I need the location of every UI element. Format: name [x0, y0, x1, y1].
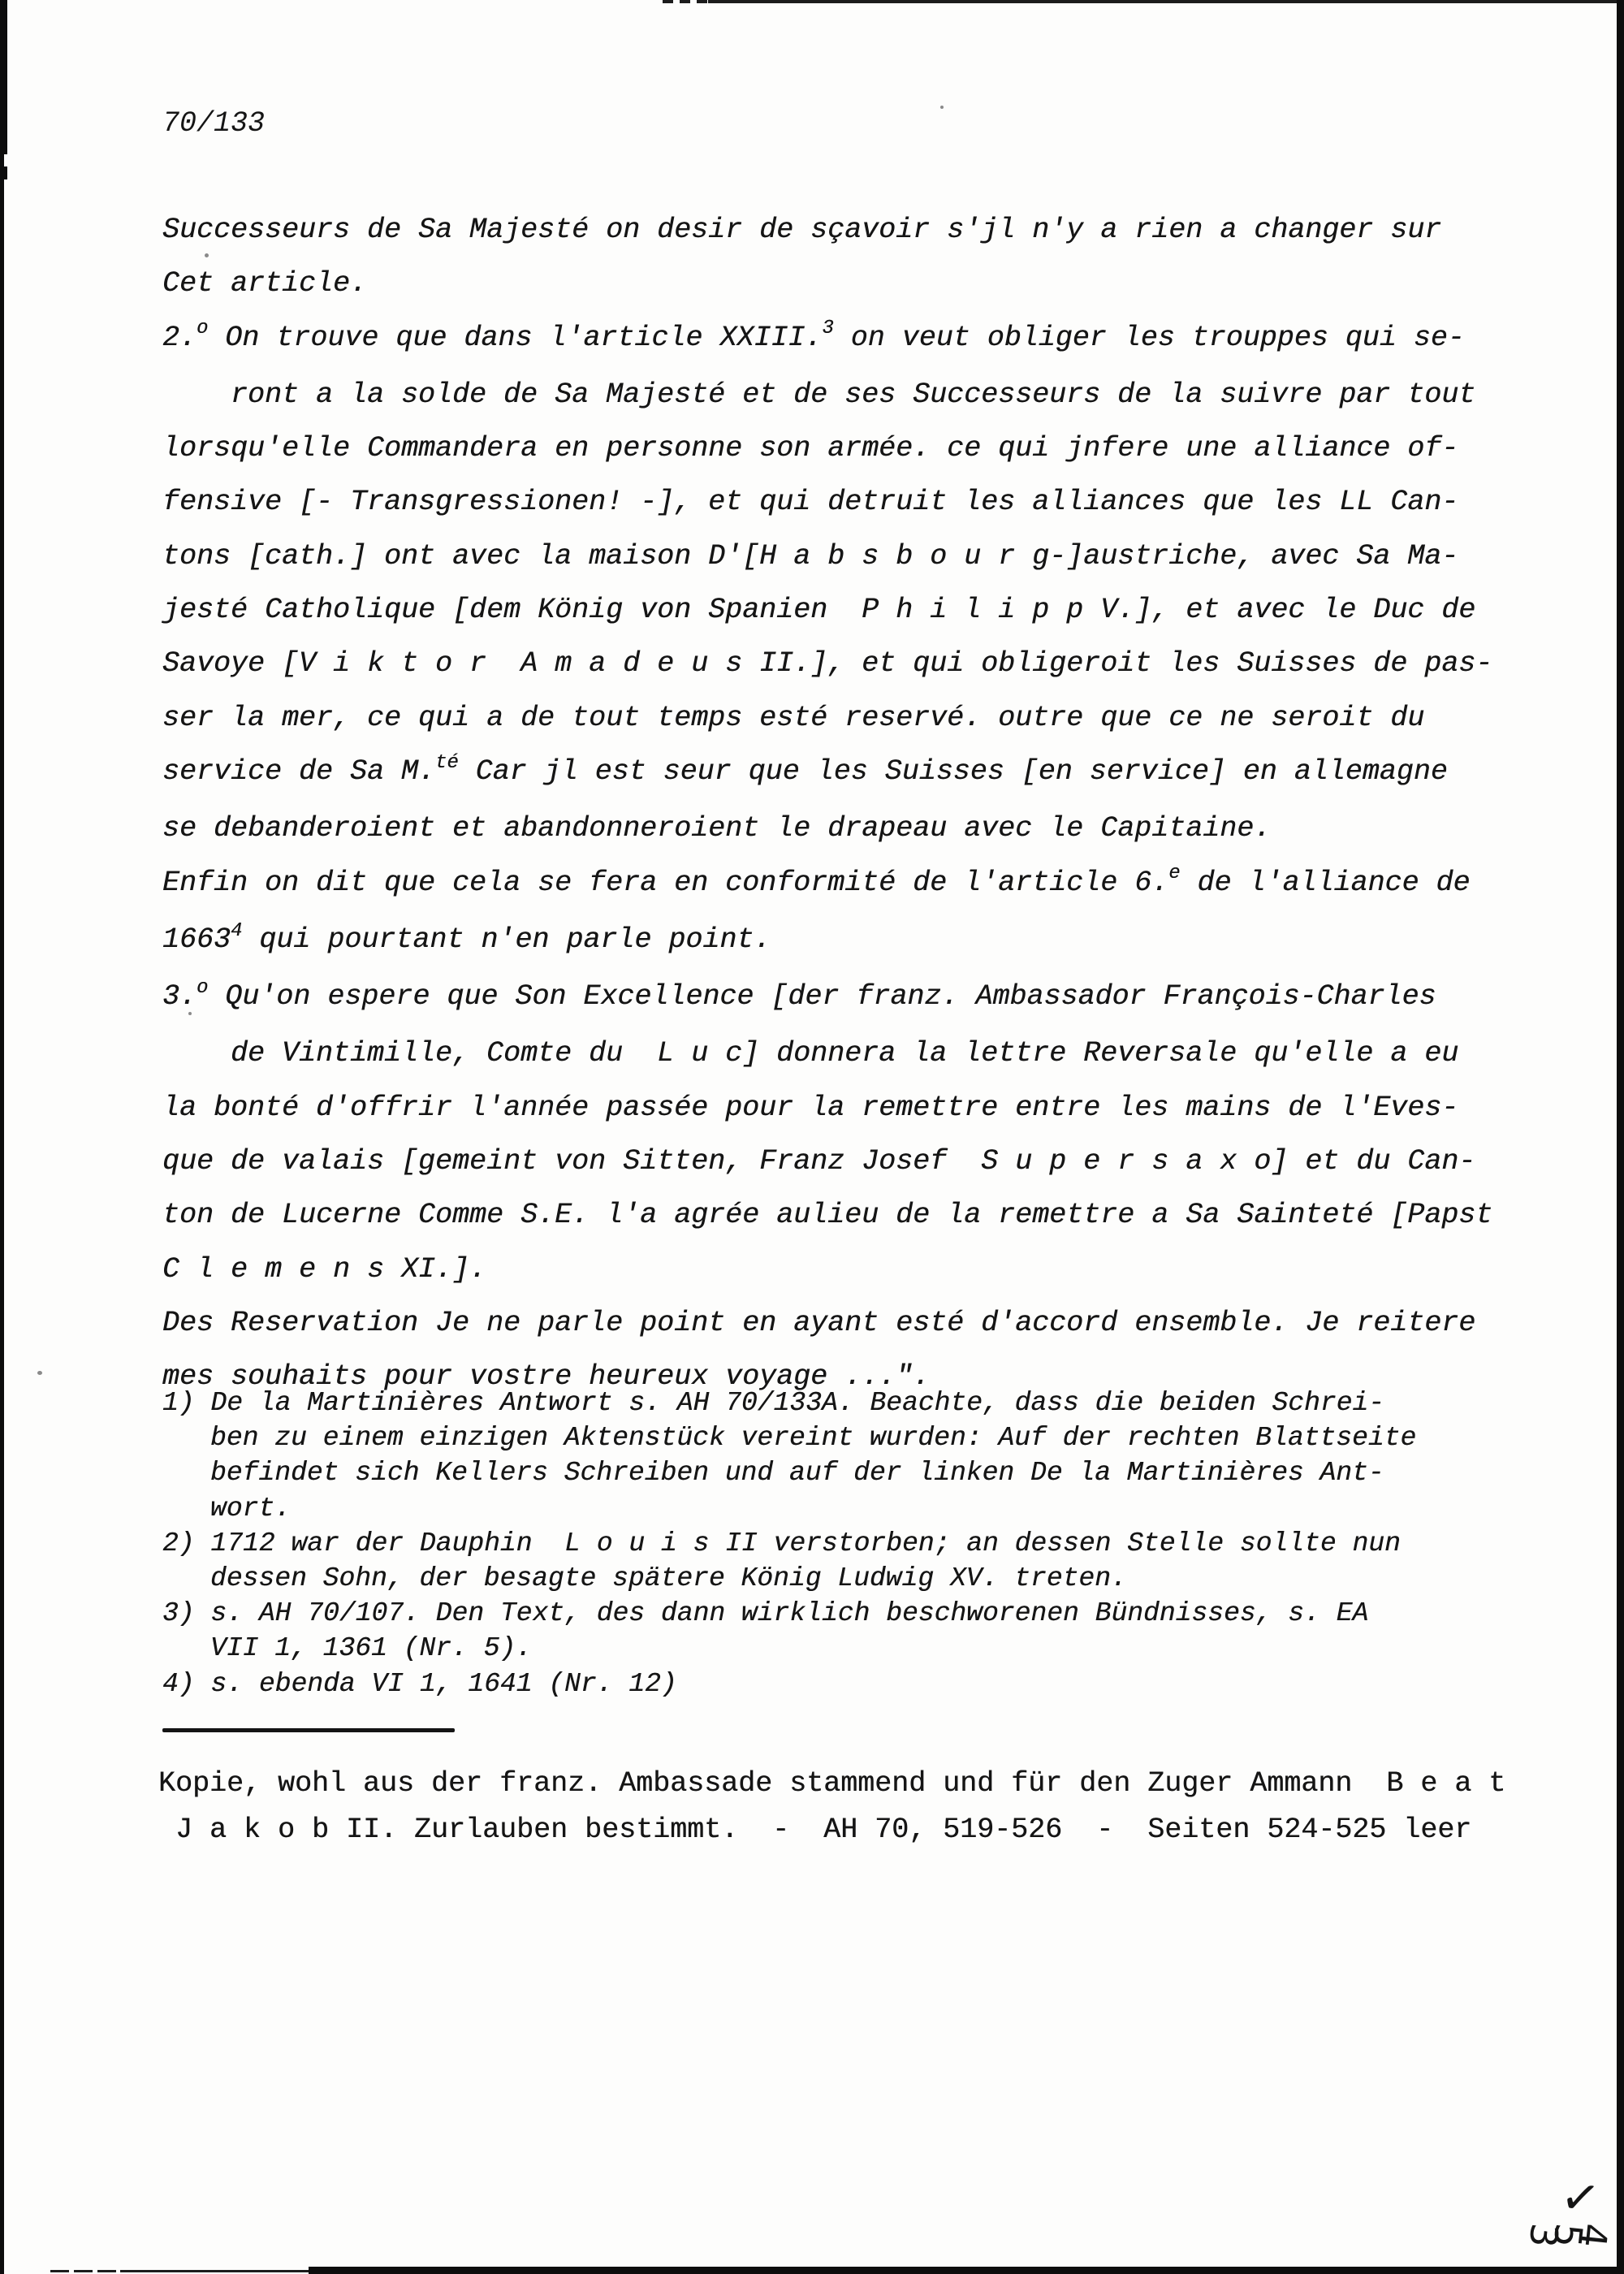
footnote-line: 3) s. AH 70/107. Den Text, des dann wirk… — [162, 1596, 1416, 1631]
text-segment: service de Sa M. — [162, 755, 435, 788]
scan-speck — [940, 106, 944, 109]
body-line: 2.o On trouve que dans l'article XXIII.3… — [162, 311, 1492, 368]
footnotes: 1) De la Martinières Antwort s. AH 70/13… — [162, 1386, 1416, 1701]
text-segment: ton de Lucerne Comme S.E. l'a agrée auli… — [162, 1199, 1492, 1231]
body-line: ton de Lucerne Comme S.E. l'a agrée auli… — [162, 1188, 1492, 1242]
text-segment: la bonté d'offrir l'année passée pour la… — [162, 1092, 1458, 1124]
footnote-label: 1) — [162, 1388, 195, 1418]
body-line: Cet article. — [162, 257, 1492, 310]
body-line: de Vintimille, Comte du L u c] donnera l… — [162, 1027, 1492, 1080]
body-line: Successeurs de Sa Majesté on desir de sç… — [162, 203, 1492, 257]
body-line: que de valais [gemeint von Sitten, Franz… — [162, 1135, 1492, 1188]
scan-edge-left — [0, 0, 4, 2274]
footnote-divider-rule — [162, 1728, 455, 1732]
body-line: Des Reservation Je ne parle point en aya… — [162, 1296, 1492, 1350]
text-segment: 3. — [162, 980, 197, 1013]
text-segment: Enfin on dit que cela se fera en conform… — [162, 867, 1168, 899]
body-line: service de Sa M.té Car jl est seur que l… — [162, 745, 1492, 802]
handwritten-digit: 4 — [1570, 2221, 1616, 2250]
text-segment: on veut obliger les trouppes qui se- — [834, 322, 1465, 354]
text-segment: se debanderoient et abandonneroient le d… — [162, 812, 1271, 845]
text-segment: 1663 — [162, 923, 231, 956]
body-line: fensive [- Transgressionen! -], et qui d… — [162, 475, 1492, 529]
colophon-line: J a k o b II. Zurlauben bestimmt. - AH 7… — [158, 1807, 1505, 1853]
body-line: 3.o Qu'on espere que Son Excellence [der… — [162, 970, 1492, 1027]
scan-edge-left-blob — [0, 166, 7, 179]
footnote-line: ben zu einem einzigen Aktenstück vereint… — [162, 1420, 1416, 1455]
footnote-text: s. ebenda VI 1, 1641 (Nr. 12) — [210, 1669, 676, 1699]
footnote-text: dessen Sohn, der besagte spätere König L… — [210, 1563, 1127, 1593]
page-number: 70/133 — [162, 107, 265, 140]
text-segment: Des Reservation Je ne parle point en aya… — [162, 1307, 1475, 1339]
text-segment: jesté Catholique [dem König von Spanien … — [162, 594, 1475, 626]
text-segment: Qu'on espere que Son Excellence [der fra… — [208, 980, 1436, 1013]
handwritten-number: 354 — [1531, 2214, 1605, 2258]
superscript: o — [197, 977, 208, 999]
footnote-label: 4) — [162, 1669, 195, 1699]
body-line: C l e m e n s XI.]. — [162, 1243, 1492, 1296]
superscript: 4 — [231, 920, 242, 942]
text-segment: ront a la solde de Sa Majesté et de ses … — [231, 378, 1475, 411]
footnote-text: De la Martinières Antwort s. AH 70/133A.… — [210, 1388, 1384, 1418]
footnote-text: wort. — [210, 1494, 291, 1524]
footnote-line: befindet sich Kellers Schreiben und auf … — [162, 1455, 1416, 1490]
colophon: Kopie, wohl aus der franz. Ambassade sta… — [158, 1761, 1505, 1853]
body-line: Savoye [V i k t o r A m a d e u s II.], … — [162, 637, 1492, 690]
text-segment: lorsqu'elle Commandera en personne son a… — [162, 432, 1458, 465]
footnote-line: 1) De la Martinières Antwort s. AH 70/13… — [162, 1386, 1416, 1420]
superscript: 3 — [822, 318, 833, 339]
body-line: 16634 qui pourtant n'en parle point. — [162, 913, 1492, 970]
footnote-text: 1712 war der Dauphin L o u i s II versto… — [210, 1528, 1400, 1559]
scan-edge-top-dashes — [663, 0, 708, 3]
text-segment: On trouve que dans l'article XXIII. — [208, 322, 822, 354]
footnote-text: s. AH 70/107. Den Text, des dann wirklic… — [210, 1598, 1368, 1628]
footnote-line: VII 1, 1361 (Nr. 5). — [162, 1631, 1416, 1666]
colophon-line: Kopie, wohl aus der franz. Ambassade sta… — [158, 1761, 1505, 1807]
superscript: e — [1168, 862, 1180, 884]
text-segment: de l'alliance de — [1180, 867, 1470, 899]
footnote-text: befindet sich Kellers Schreiben und auf … — [210, 1458, 1384, 1488]
footnote-line: wort. — [162, 1491, 1416, 1526]
text-segment: tons [cath.] ont avec la maison D'[H a b… — [162, 540, 1458, 573]
scanned-document-page: 70/133 Successeurs de Sa Majesté on desi… — [0, 0, 1624, 2274]
body-line: ront a la solde de Sa Majesté et de ses … — [162, 368, 1492, 422]
text-segment: Cet article. — [162, 267, 367, 300]
body-line: lorsqu'elle Commandera en personne son a… — [162, 422, 1492, 475]
scan-edge-left-top — [0, 0, 7, 154]
scan-edge-right — [1617, 0, 1624, 2274]
footnote-line: 4) s. ebenda VI 1, 1641 (Nr. 12) — [162, 1667, 1416, 1701]
footnote-line: 2) 1712 war der Dauphin L o u i s II ver… — [162, 1526, 1416, 1561]
footnote-label: 3) — [162, 1598, 195, 1628]
body-line: la bonté d'offrir l'année passée pour la… — [162, 1081, 1492, 1135]
body-line: tons [cath.] ont avec la maison D'[H a b… — [162, 530, 1492, 583]
scan-edge-bottom-thin — [120, 2270, 309, 2272]
footnote-line: dessen Sohn, der besagte spätere König L… — [162, 1561, 1416, 1596]
text-segment: 2. — [162, 322, 197, 354]
footnote-label: 2) — [162, 1528, 195, 1559]
footnote-text: VII 1, 1361 (Nr. 5). — [210, 1633, 532, 1663]
footnote-text: ben zu einem einzigen Aktenstück vereint… — [210, 1423, 1416, 1453]
text-segment: Successeurs de Sa Majesté on desir de sç… — [162, 214, 1441, 246]
text-segment: fensive [- Transgressionen! -], et qui d… — [162, 486, 1458, 518]
text-segment: Savoye [V i k t o r A m a d e u s II.], … — [162, 647, 1492, 680]
body-line: se debanderoient et abandonneroient le d… — [162, 802, 1492, 855]
text-segment: Car jl est seur que les Suisses [en serv… — [459, 755, 1448, 788]
body-line: ser la mer, ce qui a de tout temps esté … — [162, 691, 1492, 745]
text-segment: de Vintimille, Comte du L u c] donnera l… — [231, 1037, 1458, 1070]
body-line: Enfin on dit que cela se fera en conform… — [162, 856, 1492, 913]
text-segment: qui pourtant n'en parle point. — [242, 923, 771, 956]
superscript: té — [435, 752, 459, 774]
scan-speck — [37, 1371, 42, 1375]
body-line: jesté Catholique [dem König von Spanien … — [162, 583, 1492, 637]
scan-edge-bottom — [309, 2267, 1624, 2274]
body-text: Successeurs de Sa Majesté on desir de sç… — [162, 203, 1492, 1404]
text-segment: C l e m e n s XI.]. — [162, 1253, 486, 1286]
superscript: o — [197, 318, 208, 339]
scan-edge-bottom-dashes — [50, 2270, 120, 2272]
scan-edge-top — [708, 0, 1624, 3]
text-segment: ser la mer, ce qui a de tout temps esté … — [162, 702, 1424, 734]
text-segment: que de valais [gemeint von Sitten, Franz… — [162, 1145, 1475, 1178]
